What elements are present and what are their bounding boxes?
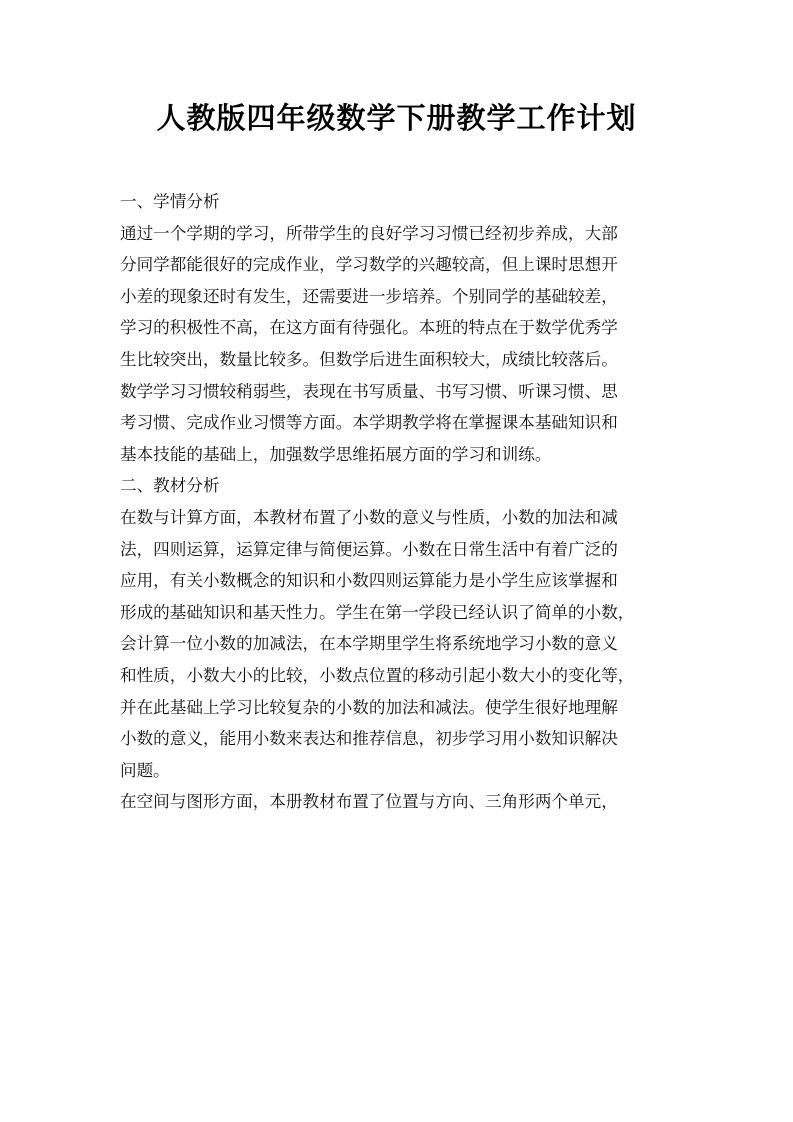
paragraph-line: 法，四则运算，运算定律与简便运算。小数在日常生活中有着广泛的	[120, 534, 680, 566]
paragraph-line: 基本技能的基础上，加强数学思维拓展方面的学习和训练。	[120, 439, 680, 471]
paragraph-line: 学习的积极性不高，在这方面有待强化。本班的特点在于数学优秀学	[120, 312, 680, 344]
paragraph-line: 在空间与图形方面，本册教材布置了位置与方向、三角形两个单元，	[120, 786, 680, 818]
document-page: 人教版四年级数学下册教学工作计划 一、学情分析 通过一个学期的学习，所带学生的良…	[0, 0, 793, 1122]
paragraph-line: 和性质，小数大小的比较，小数点位置的移动引起小数大小的变化等，	[120, 660, 680, 692]
paragraph-line: 在数与计算方面，本教材布置了小数的意义与性质，小数的加法和减	[120, 502, 680, 534]
paragraph-line: 生比较突出，数量比较多。但数学后进生面积较大，成绩比较落后。	[120, 344, 680, 376]
paragraph-line: 数学学习习惯较稍弱些，表现在书写质量、书写习惯、听课习惯、思	[120, 376, 680, 408]
paragraph-line: 形成的基础知识和基天性力。学生在第一学段已经认识了简单的小数，	[120, 597, 680, 629]
paragraph-line: 问题。	[120, 755, 680, 787]
paragraph-line: 小差的现象还时有发生，还需要进一步培养。个别同学的基础较差，	[120, 281, 680, 313]
paragraph-line: 应用，有关小数概念的知识和小数四则运算能力是小学生应该掌握和	[120, 565, 680, 597]
paragraph-line: 并在此基础上学习比较复杂的小数的加法和减法。使学生很好地理解	[120, 692, 680, 724]
paragraph-line: 小数的意义，能用小数来表达和推荐信息，初步学习用小数知识解决	[120, 723, 680, 755]
paragraph-line: 通过一个学期的学习，所带学生的良好学习习惯已经初步养成，大部	[120, 218, 680, 250]
paragraph-line: 会计算一位小数的加减法，在本学期里学生将系统地学习小数的意义	[120, 628, 680, 660]
paragraph-line: 考习惯、完成作业习惯等方面。本学期教学将在掌握课本基础知识和	[120, 407, 680, 439]
paragraph-line: 分同学都能很好的完成作业，学习数学的兴趣较高，但上课时思想开	[120, 249, 680, 281]
document-title: 人教版四年级数学下册教学工作计划	[0, 98, 793, 138]
document-body: 一、学情分析 通过一个学期的学习，所带学生的良好学习习惯已经初步养成，大部 分同…	[120, 186, 680, 818]
section-heading-textbook-analysis: 二、教材分析	[120, 470, 680, 502]
section-heading-student-analysis: 一、学情分析	[120, 186, 680, 218]
